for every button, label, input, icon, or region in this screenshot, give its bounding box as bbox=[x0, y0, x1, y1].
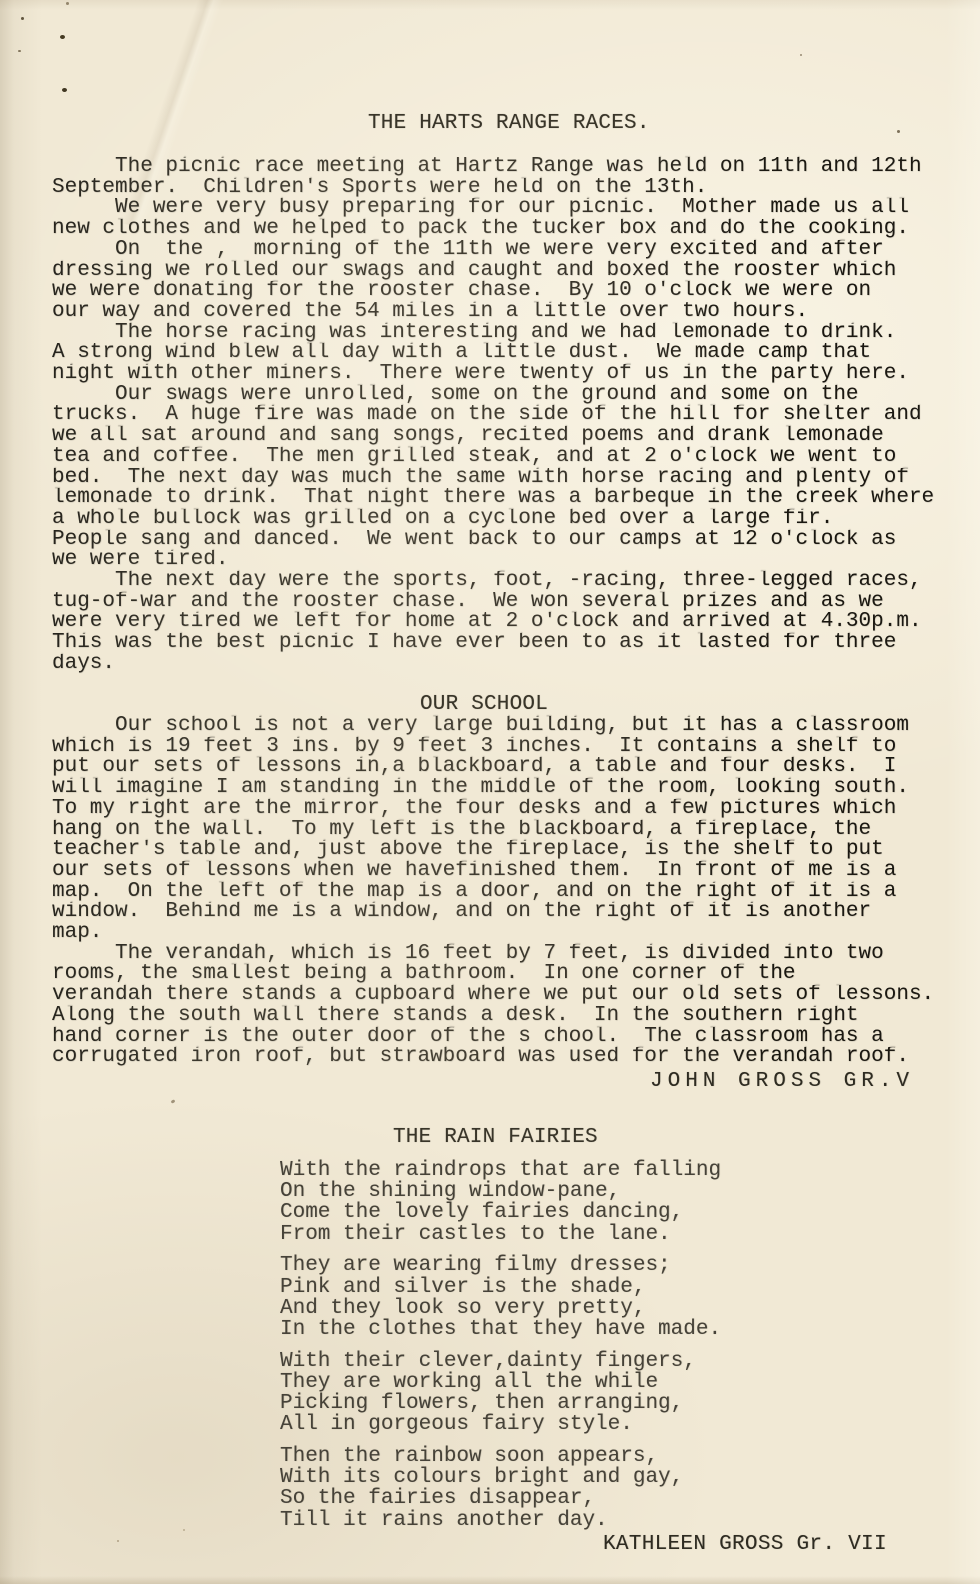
text-line: a whole bullock was grilled on a cyclone… bbox=[52, 509, 957, 530]
text-line: From their castles to the lane. bbox=[280, 1224, 721, 1245]
our-school-body: Our school is not a very large building,… bbox=[52, 716, 957, 1068]
text-line: will imagine I am standing in the middle… bbox=[52, 778, 957, 799]
text-line: Come the lovely fairies dancing, bbox=[280, 1202, 721, 1223]
text-line: All in gorgeous fairy style. bbox=[280, 1414, 721, 1435]
text-line: With their clever,dainty fingers, bbox=[280, 1351, 721, 1372]
text-line: To my right are the mirror, the four des… bbox=[52, 799, 957, 820]
text-line: We were very busy preparing for our picn… bbox=[52, 198, 957, 219]
scanned-newsletter-page: THE HARTS RANGE RACES. The picnic race m… bbox=[0, 0, 980, 1584]
text-line: With its colours bright and gay, bbox=[280, 1467, 721, 1488]
text-line: So the fairies disappear, bbox=[280, 1488, 721, 1509]
paper-speck bbox=[21, 17, 24, 20]
paper-speck bbox=[18, 50, 21, 52]
text-line: In the clothes that they have made. bbox=[280, 1319, 721, 1340]
text-line: They are working all the while bbox=[280, 1372, 721, 1393]
paper-speck bbox=[183, 1529, 185, 1531]
rain-fairies-poem: With the raindrops that are fallingOn th… bbox=[280, 1160, 721, 1541]
text-line: corrugated iron roof, but strawboard was… bbox=[52, 1047, 957, 1068]
john-gross-byline: JOHN GROSS GR.V bbox=[650, 1072, 914, 1093]
text-line: The picnic race meeting at Hartz Range w… bbox=[52, 157, 957, 178]
text-line: Till it rains another day. bbox=[280, 1510, 721, 1531]
paper-speck bbox=[66, 2, 69, 5]
paper-speck bbox=[800, 54, 802, 56]
text-line: Pink and silver is the shade, bbox=[280, 1277, 721, 1298]
paper-speck bbox=[117, 1540, 119, 1542]
rain-fairies-title: THE RAIN FAIRIES bbox=[393, 1128, 598, 1149]
text-line: Along the south wall there stands a desk… bbox=[52, 1006, 957, 1027]
text-line: They are wearing filmy dresses; bbox=[280, 1255, 721, 1276]
text-line: Picking flowers, then arranging, bbox=[280, 1393, 721, 1414]
text-line: lemonade to drink. That night there was … bbox=[52, 488, 957, 509]
text-line: Our school is not a very large building,… bbox=[52, 716, 957, 737]
paper-speck bbox=[897, 130, 900, 133]
text-line: we were donating for the rooster chase. … bbox=[52, 281, 957, 302]
paper-speck bbox=[62, 88, 67, 92]
our-school-title: OUR SCHOOL bbox=[420, 695, 548, 716]
poem-stanza: With the raindrops that are fallingOn th… bbox=[280, 1160, 721, 1245]
text-line: The next day were the sports, foot, -rac… bbox=[52, 571, 957, 592]
text-line: teacher's table and, just above the fire… bbox=[52, 840, 957, 861]
text-line: With the raindrops that are falling bbox=[280, 1160, 721, 1181]
text-line: verandah there stands a cupboard where w… bbox=[52, 985, 957, 1006]
text-line: On the , morning of the 11th we were ver… bbox=[52, 240, 957, 261]
harts-range-races-title: THE HARTS RANGE RACES. bbox=[368, 114, 650, 135]
paper-speck bbox=[60, 35, 65, 39]
harts-range-races-body: The picnic race meeting at Hartz Range w… bbox=[52, 157, 957, 675]
kathleen-gross-byline: KATHLEEN GROSS Gr. VII bbox=[603, 1535, 887, 1556]
text-line: our sets of lessons when we havefinished… bbox=[52, 861, 957, 882]
text-line: A strong wind blew all day with a little… bbox=[52, 343, 957, 364]
text-line: tea and coffee. The men grilled steak, a… bbox=[52, 447, 957, 468]
text-line: Then the rainbow soon appears, bbox=[280, 1446, 721, 1467]
text-line: our way and covered the 54 miles in a li… bbox=[52, 302, 957, 323]
text-line: days. bbox=[52, 654, 957, 675]
text-line: we were tired. bbox=[52, 550, 957, 571]
text-line: new clothes and we helped to pack the tu… bbox=[52, 219, 957, 240]
poem-stanza: They are wearing filmy dresses;Pink and … bbox=[280, 1255, 721, 1340]
text-line: map. bbox=[52, 923, 957, 944]
text-line: And they look so very pretty, bbox=[280, 1298, 721, 1319]
text-line: put our sets of lessons in,a blackboard,… bbox=[52, 757, 957, 778]
poem-stanza: Then the rainbow soon appears,With its c… bbox=[280, 1446, 721, 1531]
paper-speck bbox=[171, 1099, 176, 1104]
text-line: This was the best picnic I have ever bee… bbox=[52, 633, 957, 654]
text-line: On the shining window-pane, bbox=[280, 1181, 721, 1202]
text-line: we all sat around and sang songs, recite… bbox=[52, 426, 957, 447]
text-line: window. Behind me is a window, and on th… bbox=[52, 902, 957, 923]
text-line: night with other miners. There were twen… bbox=[52, 364, 957, 385]
poem-stanza: With their clever,dainty fingers,They ar… bbox=[280, 1351, 721, 1436]
